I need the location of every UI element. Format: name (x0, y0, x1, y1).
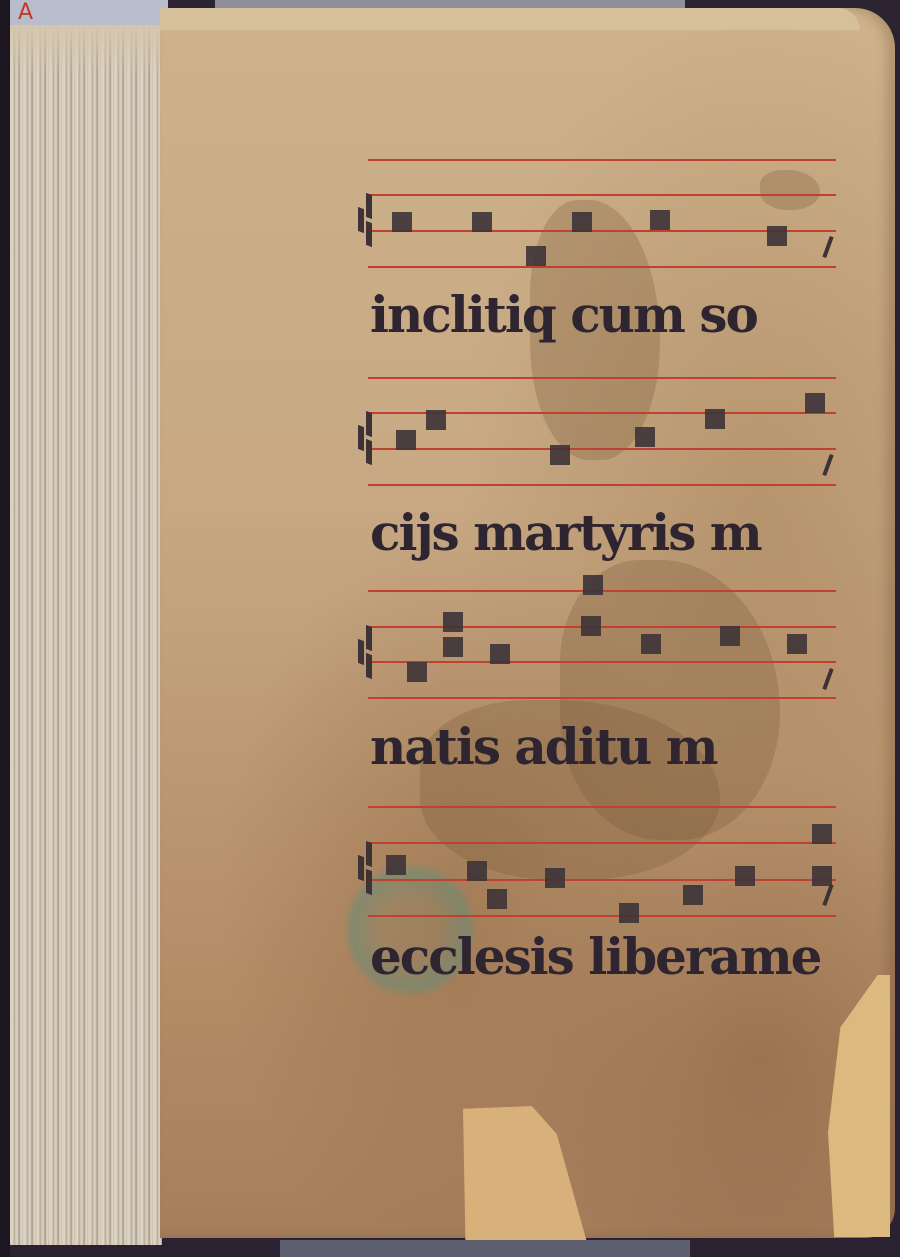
square-neume (767, 226, 787, 246)
c-clef-icon (358, 639, 364, 665)
square-neume (805, 393, 825, 413)
square-neume (487, 889, 507, 909)
staff-line (368, 266, 836, 268)
support-strip-bottom (280, 1240, 690, 1257)
square-neume (545, 868, 565, 888)
staff-line (368, 697, 836, 699)
page-block-top-shade (10, 25, 162, 75)
square-neume (812, 824, 832, 844)
lyric-line: inclitiq cum so (370, 290, 840, 340)
square-neume (392, 212, 412, 232)
square-neume (467, 861, 487, 881)
fore-edge-page-block (10, 25, 162, 1245)
square-neume (426, 410, 446, 430)
staff-line (368, 661, 836, 663)
c-clef-icon (366, 869, 372, 895)
square-neume (386, 855, 406, 875)
square-neume (650, 210, 670, 230)
staff-line (368, 842, 836, 844)
square-neume (443, 612, 463, 632)
c-clef-icon (366, 193, 372, 219)
square-neume (735, 866, 755, 886)
square-neume (472, 212, 492, 232)
square-neume (583, 575, 603, 595)
folio-top-edge (160, 8, 860, 30)
staff-line (368, 194, 836, 196)
c-clef-icon (366, 439, 372, 465)
staff-line (368, 377, 836, 379)
shelfmark-label: A (18, 0, 33, 25)
square-neume (407, 662, 427, 682)
staff-line (368, 806, 836, 808)
square-neume (572, 212, 592, 232)
square-neume (581, 616, 601, 636)
square-neume (705, 409, 725, 429)
left-shadow (0, 0, 10, 1257)
water-stain (760, 170, 820, 210)
square-neume (396, 430, 416, 450)
square-neume (443, 637, 463, 657)
lyric-line: cijs martyris m (370, 508, 840, 558)
c-clef-icon (358, 425, 364, 451)
square-neume (720, 626, 740, 646)
c-clef-icon (366, 653, 372, 679)
lyric-line: natis aditu m (370, 722, 840, 772)
c-clef-icon (358, 855, 364, 881)
square-neume (550, 445, 570, 465)
square-neume (683, 885, 703, 905)
c-clef-icon (366, 221, 372, 247)
c-clef-icon (366, 411, 372, 437)
square-neume (635, 427, 655, 447)
lyric-line: ecclesis liberame (370, 932, 840, 982)
staff-line (368, 230, 836, 232)
staff-line (368, 484, 836, 486)
square-neume (619, 903, 639, 923)
square-neume (641, 634, 661, 654)
manuscript-photo: A inclitiq cum socijs martyris mnatis ad… (0, 0, 900, 1257)
staff-line (368, 159, 836, 161)
staff-line (368, 915, 836, 917)
square-neume (490, 644, 510, 664)
staff-line (368, 879, 836, 881)
square-neume (526, 246, 546, 266)
support-strip-top (215, 0, 685, 8)
c-clef-icon (358, 207, 364, 233)
staff-line (368, 448, 836, 450)
square-neume (787, 634, 807, 654)
c-clef-icon (366, 841, 372, 867)
staff-line (368, 626, 836, 628)
c-clef-icon (366, 625, 372, 651)
